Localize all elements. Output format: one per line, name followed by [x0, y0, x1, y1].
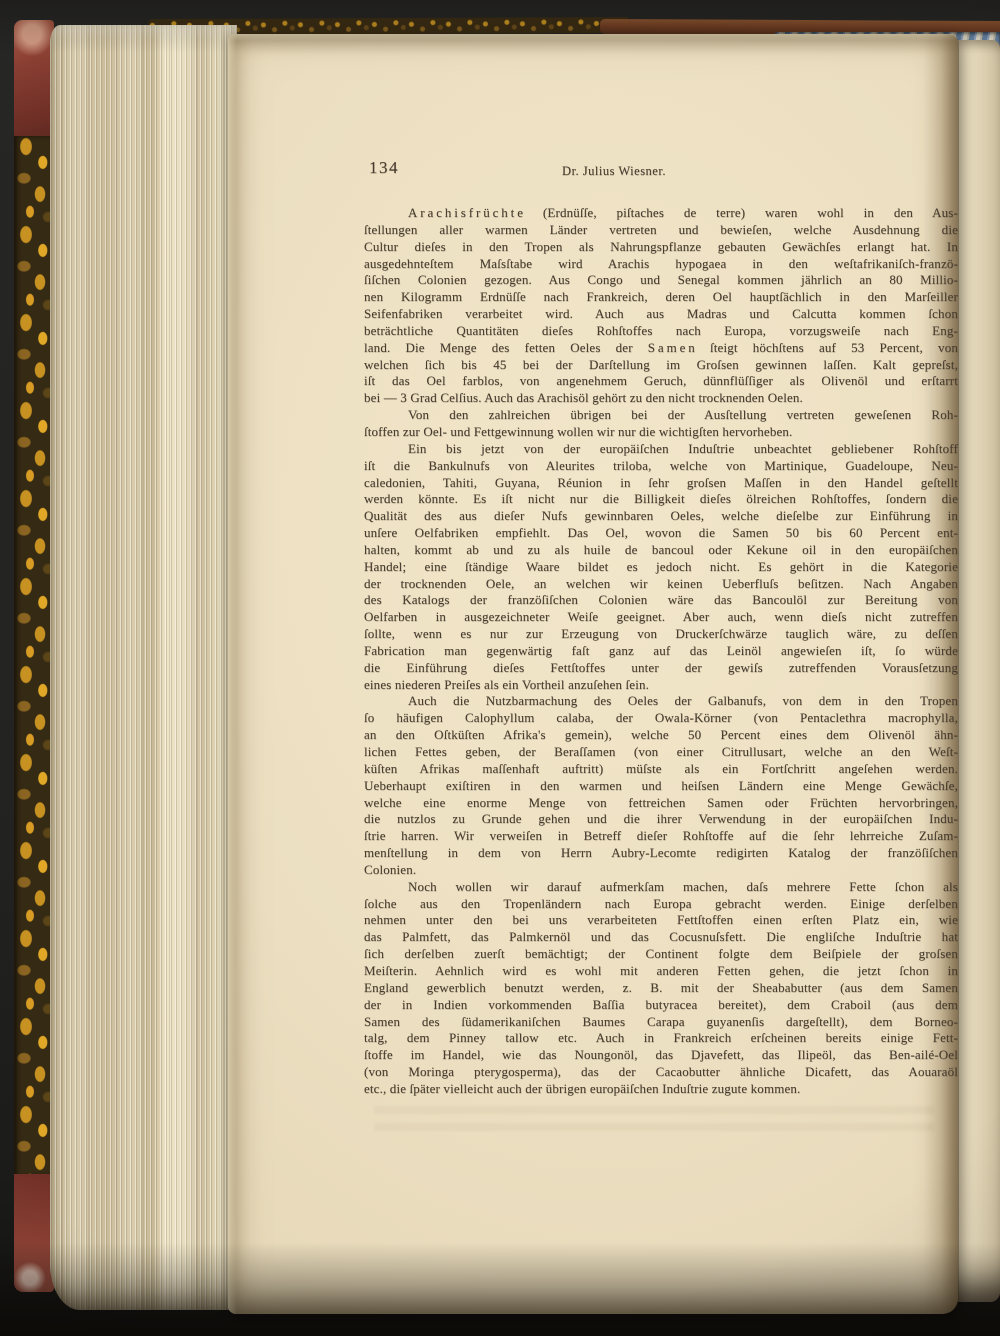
- text-line: Noch wollen wir darauf aufmerkſam machen…: [364, 879, 958, 896]
- page-content: 134 Dr. Julius Wiesner. A r a c h i s f …: [364, 34, 958, 1314]
- text-line: die Einführung dieſes Fettſtoffes unter …: [364, 660, 958, 677]
- text-line: Ueberhaupt exiſtiren in den warmen und h…: [364, 778, 958, 795]
- text-line: land. Die Menge des fetten Oeles der S a…: [364, 340, 958, 357]
- text-line: (von Moringa pterygosperma), das der Cac…: [364, 1064, 958, 1081]
- text-line: ſtoffen zur Oel- und Fettgewinnung wolle…: [364, 424, 958, 441]
- text-line: welchen ſich bis 45 bei der Darſtellung …: [364, 357, 958, 374]
- text-line: ſtellungen aller warmen Länder vertreten…: [364, 222, 958, 239]
- text-line: des Katalogs der franzöſiſchen Colonien …: [364, 592, 958, 609]
- text-line: Samen des ſüdamerikaniſchen Baumes Carap…: [364, 1014, 958, 1031]
- text-line: caledonien, Tahiti, Guyana, Réunion in ſ…: [364, 475, 958, 492]
- text-line: eines niederen Preiſes als ein Vortheil …: [364, 677, 958, 694]
- text-line: nehmen unter den bei uns verarbeiteten F…: [364, 912, 958, 929]
- text-line: die nutzlos zu Grunde gehen und die ihre…: [364, 811, 958, 828]
- text-line: Qualität des aus dieſer Nufs gewinnbaren…: [364, 508, 958, 525]
- page-left-bevel: [228, 34, 237, 1314]
- text-line: menſtellung in dem von Herrn Aubry-Lecom…: [364, 845, 958, 862]
- text-line: der trocknenden Oele, an welchen wir kei…: [364, 576, 958, 593]
- text-line: ſich derſelben zuerſt bemächtigt; der Co…: [364, 946, 958, 963]
- text-line: Von den zahlreichen übrigen bei der Ausſ…: [364, 407, 958, 424]
- text-line: küſten Afrikas maſſenhaft auftritt) müſs…: [364, 761, 958, 778]
- text-line: bei — 3 Grad Celſius. Auch das Arachisöl…: [364, 390, 958, 407]
- text-line: ſo häufigen Calophyllum calaba, der Owal…: [364, 710, 958, 727]
- book-page: 134 Dr. Julius Wiesner. A r a c h i s f …: [228, 34, 958, 1314]
- text-line: ausgedehnteſtem Maſsſtabe wird Arachis h…: [364, 256, 958, 273]
- text-line: nen Kilogramm Erdnüſſe nach Frankreich, …: [364, 289, 958, 306]
- text-line: Auch die Nutzbarmachung des Oeles der Ga…: [364, 693, 958, 710]
- paragraph: Noch wollen wir darauf aufmerkſam machen…: [364, 879, 958, 1098]
- text-line: Ein bis jetzt von der europäiſchen Induſ…: [364, 441, 958, 458]
- text-line: Cultur dieſes in den Tropen als Nahrungs…: [364, 239, 958, 256]
- text-line: der in Indien vorkommenden Baſſia butyra…: [364, 997, 958, 1014]
- book-photograph: 134 Dr. Julius Wiesner. A r a c h i s f …: [0, 0, 1000, 1336]
- paragraph: Auch die Nutzbarmachung des Oeles der Ga…: [364, 693, 958, 878]
- text-line: Meiſterin. Aehnlich wird es wohl mit and…: [364, 963, 958, 980]
- paragraph: Ein bis jetzt von der europäiſchen Induſ…: [364, 441, 958, 694]
- text-line: ſtoffe im Handel, wie das Noungonöl, das…: [364, 1047, 958, 1064]
- marbled-paper-edge: [14, 136, 54, 1176]
- text-line: ſolche aus den Tropenländern nach Europa…: [364, 896, 958, 913]
- text-line: Fabrication man gegenwärtig faſt ganz au…: [364, 643, 958, 660]
- text-line: werden könnte. Es iſt nicht nur die Bill…: [364, 491, 958, 508]
- text-line: ſtrie harren. Wir verweiſen in Betreff d…: [364, 828, 958, 845]
- text-line: halten, kommt ab und zu als huile de ban…: [364, 542, 958, 559]
- text-line: beträchtliche Quantitäten dieſes Rohſtof…: [364, 323, 958, 340]
- text-line: England gewerblich benutzt werden, z. B.…: [364, 980, 958, 997]
- text-line: iſt das Oel farblos, von angenehmem Geru…: [364, 373, 958, 390]
- text-line: iſt die Bankulnufs von Aleurites triloba…: [364, 458, 958, 475]
- text-line: das Palmfett, das Palmkernöl und das Coc…: [364, 929, 958, 946]
- cover-board-fore-edge: [14, 20, 54, 1292]
- page-stack-fore-edge: [50, 25, 237, 1310]
- leather-corner-top: [14, 20, 54, 138]
- ink-bleedthrough: [374, 1106, 934, 1140]
- text-line: Oelfarben in ausgezeichneter Weiſe geeig…: [364, 609, 958, 626]
- text-line: Seifenfabriken verarbeitet wird. Auch au…: [364, 306, 958, 323]
- text-line: lichen Fettes geben, der Beraſſamen (von…: [364, 744, 958, 761]
- text-line: ſiſchen Colonien gezogen. Aus Congo und …: [364, 272, 958, 289]
- running-header: Dr. Julius Wiesner.: [492, 164, 736, 179]
- paragraph: A r a c h i s f r ü c h t e (Erdnüſſe, p…: [364, 205, 958, 407]
- text-line: ſollte, wenn es nur zur Erzeugung von Dr…: [364, 626, 958, 643]
- text-line: Colonien.: [364, 862, 958, 879]
- text-line: welche eine enorme Menge von fettreichen…: [364, 795, 958, 812]
- page-number: 134: [369, 158, 399, 178]
- text-line: Handel; eine ſtändige Waare bildet es je…: [364, 559, 958, 576]
- text-line: an den Oſtküſten Afrika's gemein), welch…: [364, 727, 958, 744]
- leather-corner-bottom: [14, 1174, 54, 1292]
- text-line: A r a c h i s f r ü c h t e (Erdnüſſe, p…: [364, 205, 958, 222]
- text-line: etc., die ſpäter vielleicht auch der übr…: [364, 1081, 958, 1098]
- paragraph: Von den zahlreichen übrigen bei der Ausſ…: [364, 407, 958, 441]
- text-line: talg, dem Pinney tallow etc. Auch in Fra…: [364, 1030, 958, 1047]
- text-line: unſere Oelfabriken empfiehlt. Das Oel, w…: [364, 525, 958, 542]
- page-text: A r a c h i s f r ü c h t e (Erdnüſſe, p…: [364, 205, 958, 1098]
